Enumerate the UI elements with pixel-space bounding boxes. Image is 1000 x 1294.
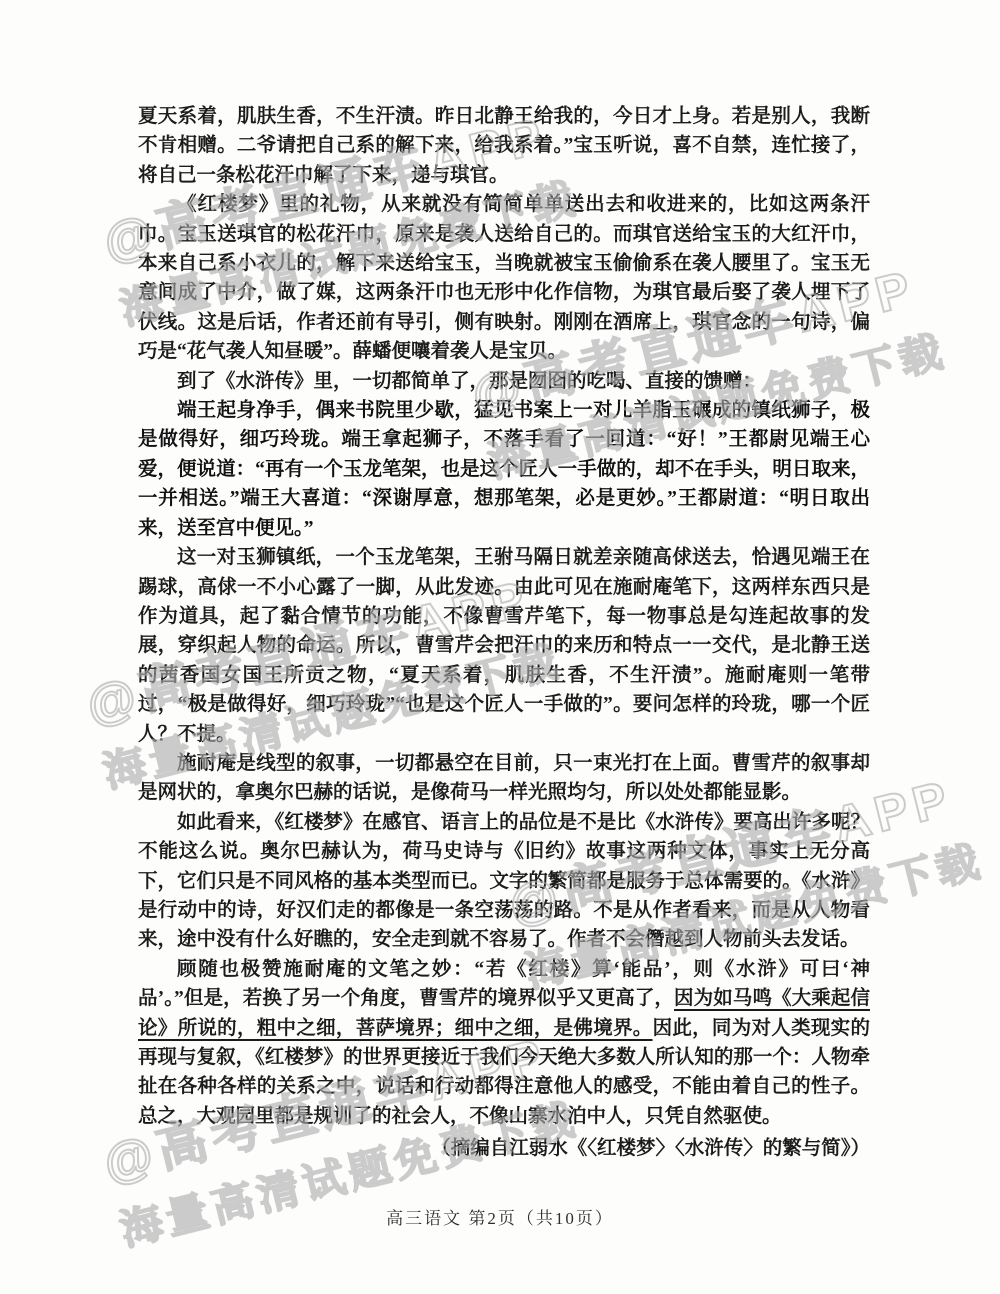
paragraph-6: 施耐庵是线型的叙事，一切都悬空在目前，只一束光打在上面。曹雪芹的叙事却是网状的，… [138,749,870,808]
paragraph-5: 这一对玉狮镇纸，一个玉龙笔架，王驸马隔日就差亲随高俅送去，恰遇见端王在踢球，高俅… [138,543,870,749]
passage: 夏天系着，肌肤生香，不生汗渍。昨日北静王给我的，今日才上身。若是别人，我断不肯相… [138,102,870,1164]
paragraph-8: 顾随也极赞施耐庵的文笔之妙：“若《红楼》算‘能品’，则《水浒》可曰‘神品’。”但… [138,955,870,1131]
paragraph-7: 如此看来，《红楼梦》在感官、语言上的品位是不是比《水浒传》要高出许多呢？不能这么… [138,808,870,955]
block-quote-paragraph: 端王起身净手，偶来书院里少歇，猛见书案上一对儿羊脂玉碾成的镇纸狮子，极是做得好，… [138,396,870,543]
paragraph-1: 夏天系着，肌肤生香，不生汗渍。昨日北静王给我的，今日才上身。若是别人，我断不肯相… [138,102,870,190]
paragraph-3: 到了《水浒传》里，一切都简单了，那是囫囵的吃喝、直接的馈赠： [138,367,870,396]
page-footer: 高三语文 第2页（共10页） [0,1204,1000,1229]
exam-paper-page: 夏天系着，肌肤生香，不生汗渍。昨日北静王给我的，今日才上身。若是别人，我断不肯相… [0,0,1000,1294]
paragraph-2: 《红楼梦》里的礼物，从来就没有简简单单送出去和收进来的，比如这两条汗巾。宝玉送琪… [138,190,870,366]
source-attribution: （摘编自江弱水《〈红楼梦〉〈水浒传〉的繁与简》） [138,1134,870,1163]
